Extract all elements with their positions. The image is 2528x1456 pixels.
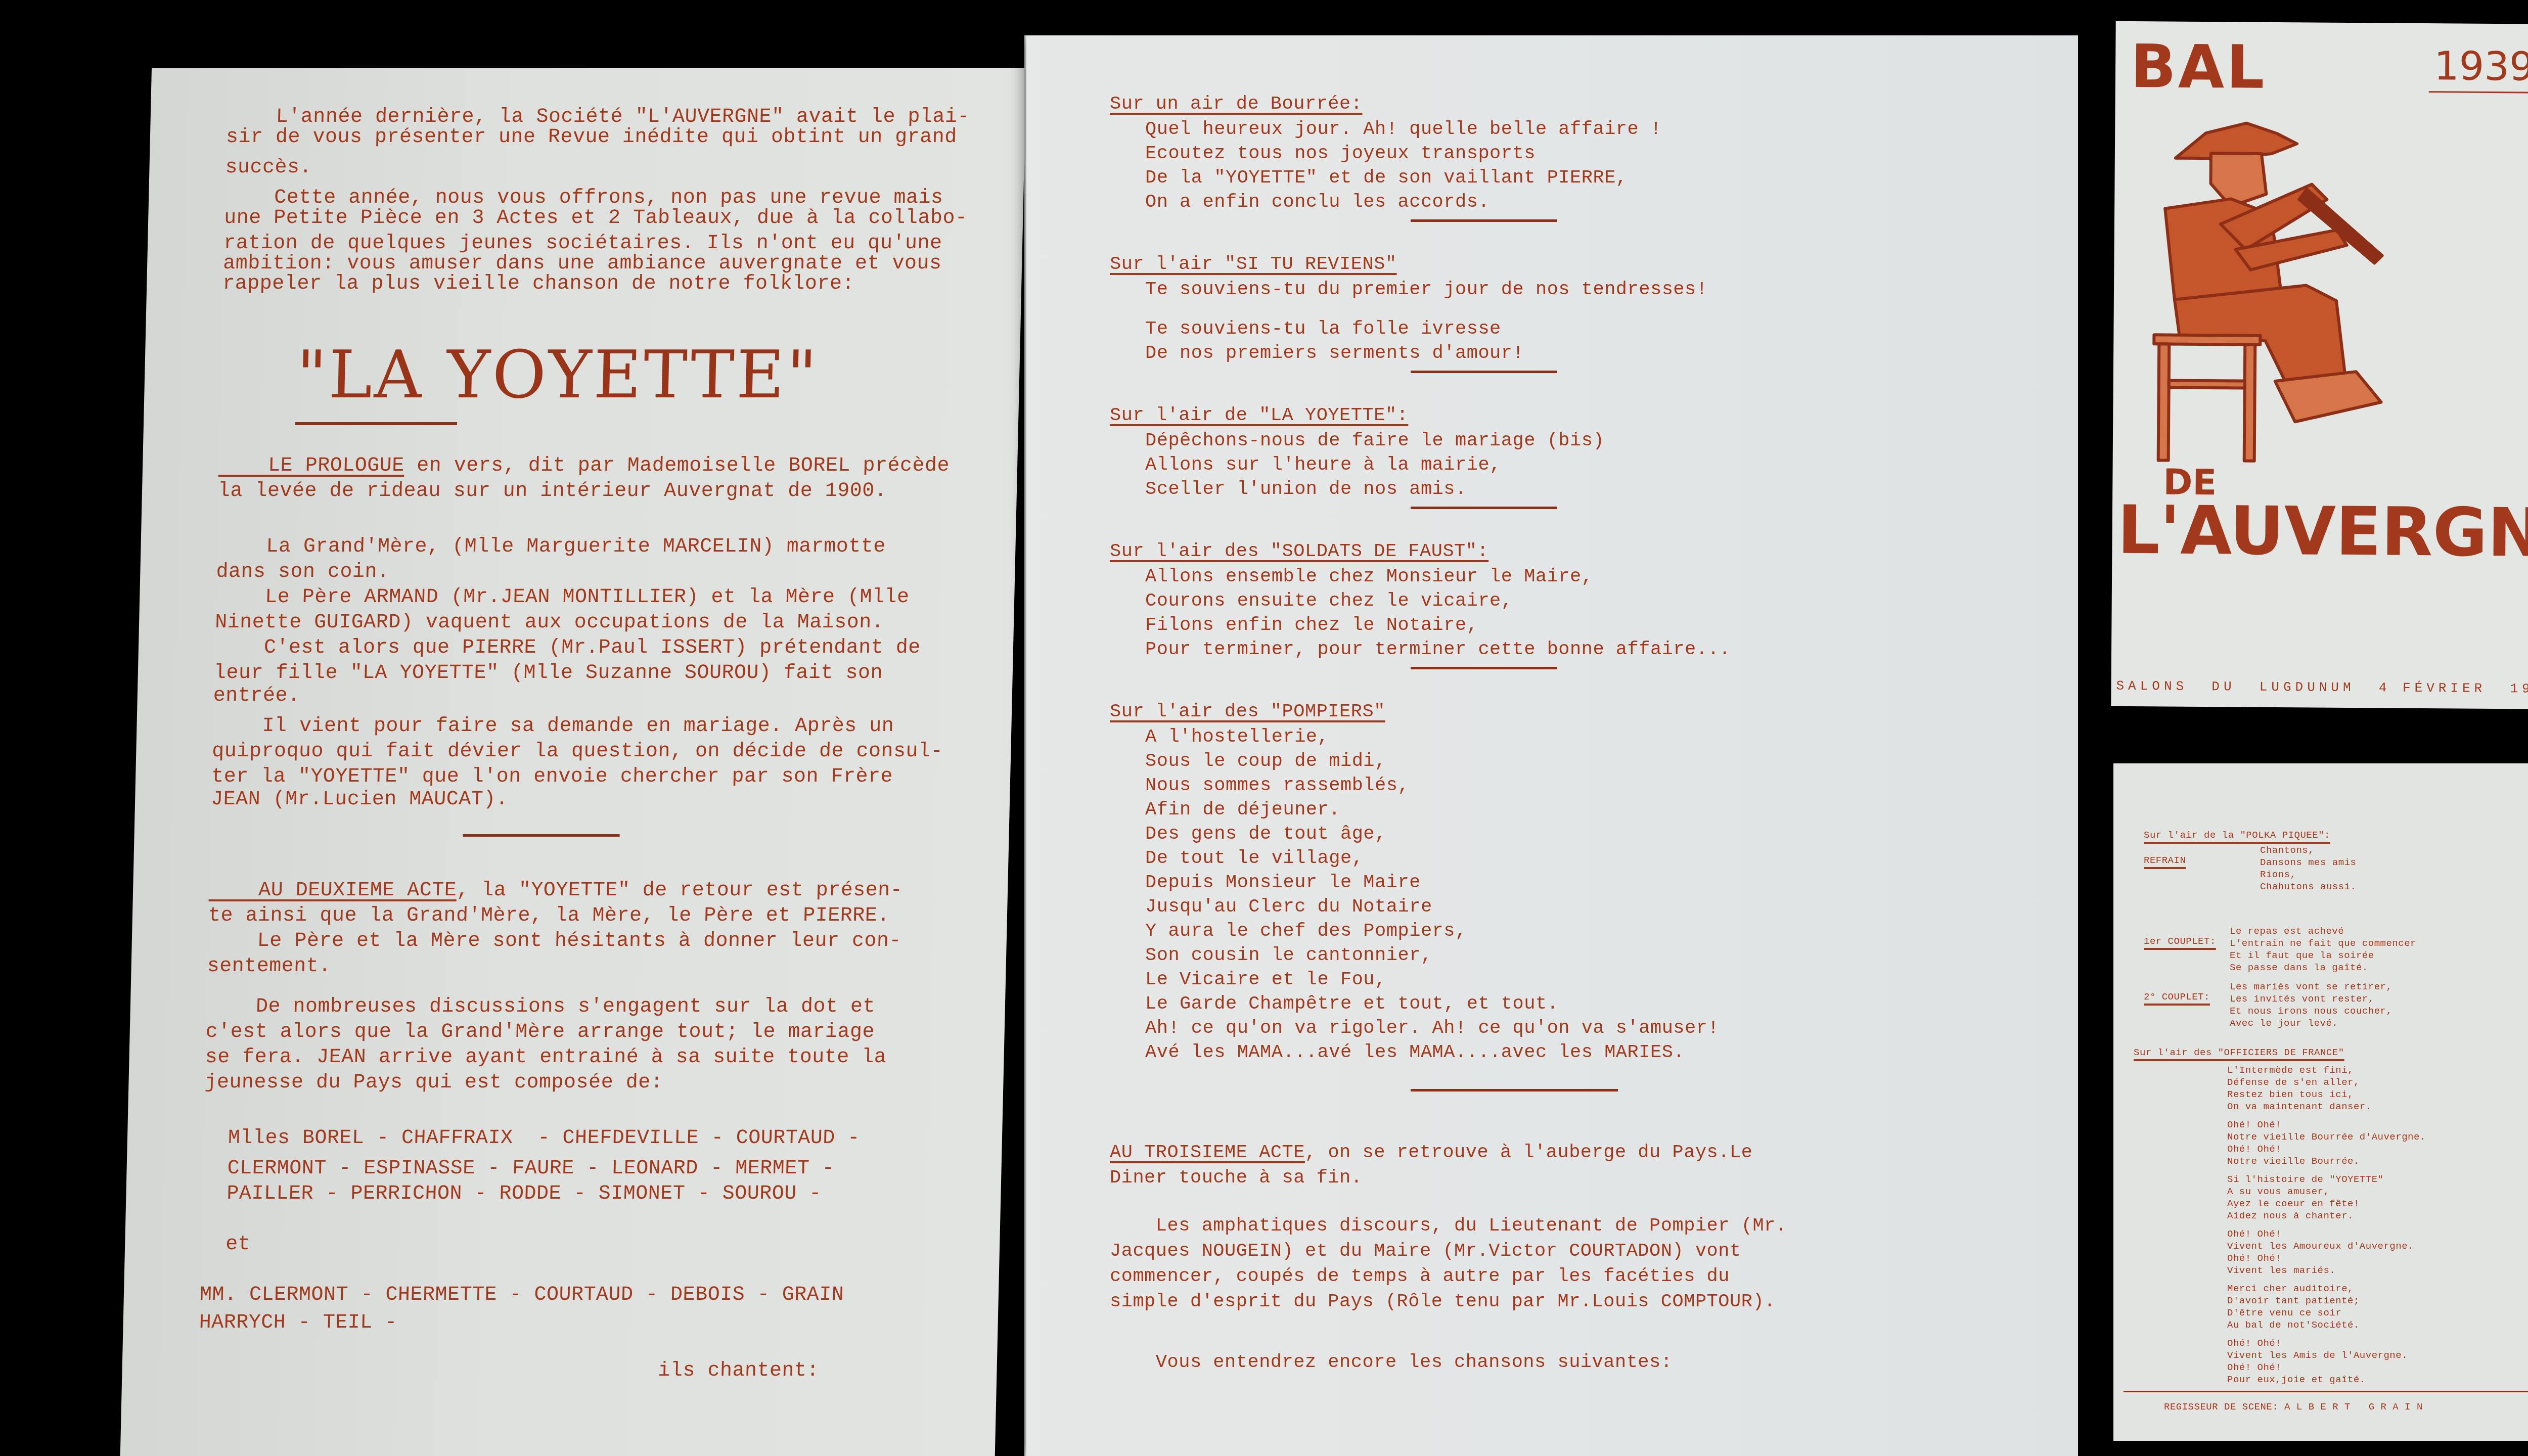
- song-line: Le Vicaire et le Fou,: [1145, 967, 1386, 993]
- speech-line: simple d'esprit du Pays (Rôle tenu par M…: [1110, 1289, 1776, 1315]
- song-line: Filons enfin chez le Notaire,: [1145, 612, 1478, 639]
- song-heading: Sur l'air de "LA YOYETTE":: [1110, 402, 1408, 429]
- left-page: L'année dernière, la Société "L'AUVERGNE…: [120, 68, 1026, 1456]
- song-line: De nos premiers serments d'amour!: [1145, 340, 1524, 367]
- act3-line: Diner touche à sa fin.: [1110, 1165, 1362, 1191]
- refrain-label: REFRAIN: [2144, 854, 2186, 867]
- act2-line: Le Père et la Mère sont hésitants à donn…: [207, 928, 901, 955]
- act1-line: leur fille "LA YOYETTE" (Mlle Suzanne SO…: [213, 660, 883, 687]
- song-heading: Sur l'air des "POMPIERS": [1110, 699, 1385, 725]
- bottom-rule: [2124, 1391, 2528, 1392]
- officiers-line: Ayez le coeur en fête!: [2227, 1198, 2360, 1210]
- couplet1-line: Et il faut que la soirée: [2230, 949, 2374, 962]
- officiers-line: On va maintenant danser.: [2227, 1101, 2372, 1113]
- act1-line: La Grand'Mère, (Mlle Marguerite MARCELIN…: [216, 533, 886, 561]
- cast-et: et: [201, 1231, 251, 1258]
- act2-line: c'est alors que la Grand'Mère arrange to…: [205, 1019, 875, 1046]
- officiers-line: D'avoir tant patienté;: [2227, 1295, 2360, 1307]
- officiers-line: Vivent les Amis de l'Auvergne.: [2227, 1349, 2408, 1362]
- closing-line: Vous entendrez encore les chansons suiva…: [1110, 1349, 1672, 1376]
- cast-mlles-line: PAILLER - PERRICHON - RODDE - SIMONET - …: [202, 1180, 822, 1208]
- act3-text: , on se retrouve à l'auberge du Pays.Le: [1305, 1142, 1752, 1163]
- act2-heading: AU DEUXIEME ACTE: [209, 879, 457, 902]
- officiers-line: Restez bien tous ici,: [2227, 1088, 2354, 1101]
- divider: [1411, 667, 1557, 669]
- intro-line: rappeler la plus vieille chanson de notr…: [222, 270, 855, 298]
- couplet2-line: Avec le jour levé.: [2230, 1017, 2338, 1030]
- song-line: Te souviens-tu la folle ivresse: [1145, 316, 1501, 342]
- intro-line: sir de vous présenter une Revue inédite …: [225, 124, 957, 151]
- closing-line: ils chantent:: [658, 1357, 820, 1385]
- refrain-line: Chahutons aussi.: [2260, 881, 2356, 893]
- cover-year: 1939: [2429, 43, 2528, 94]
- act2: AU DEUXIEME ACTE, la "YOYETTE" de retour…: [208, 877, 902, 904]
- polka-heading: Sur l'air de la "POLKA PIQUEE":: [2144, 829, 2330, 842]
- intro-line: une Petite Pièce en 3 Actes et 2 Tableau…: [224, 205, 968, 232]
- song-line: De la "YOYETTE" et de son vaillant PIERR…: [1145, 165, 1628, 191]
- cast-mlles-line: CLERMONT - ESPINASSE - FAURE - LEONARD -…: [202, 1155, 835, 1182]
- officiers-line: Ohé! Ohé!: [2227, 1252, 2281, 1265]
- divider: [1411, 1089, 1618, 1091]
- act1-line: entrée.: [213, 682, 300, 710]
- speech-line: Jacques NOUGEIN) et du Maire (Mr.Victor …: [1110, 1238, 1741, 1264]
- officiers-line: L'Intermède est fini,: [2227, 1064, 2354, 1077]
- officiers-line: Ohé! Ohé!: [2227, 1337, 2281, 1350]
- song-line: A l'hostellerie,: [1145, 724, 1329, 750]
- song-line: Des gens de tout âge,: [1145, 821, 1386, 847]
- title-underline: [295, 422, 457, 425]
- officiers-line: Au bal de not'Société.: [2227, 1319, 2360, 1332]
- couplet2-label: 2° COUPLET:: [2144, 991, 2210, 1004]
- cast-mm-line: HARRYCH - TEIL -: [199, 1309, 397, 1337]
- officiers-line: Merci cher auditoire,: [2227, 1283, 2354, 1295]
- couplet1-label: 1er COUPLET:: [2144, 935, 2216, 948]
- song-heading: Sur l'air "SI TU REVIENS": [1110, 251, 1397, 278]
- song-line: Y aura le chef des Pompiers,: [1145, 918, 1467, 944]
- officiers-line: Ohé! Ohé!: [2227, 1361, 2281, 1374]
- song-line: On a enfin conclu les accords.: [1145, 189, 1489, 215]
- act1-line: Ninette GUIGARD) vaquent aux occupations…: [214, 609, 884, 636]
- divider: [1411, 371, 1557, 373]
- song-line: Afin de déjeuner.: [1145, 797, 1340, 823]
- divider: [1411, 219, 1557, 222]
- act2-line: jeunesse du Pays qui est composée de:: [204, 1069, 663, 1097]
- officiers-line: Si l'histoire de "YOYETTE": [2227, 1173, 2383, 1186]
- officiers-line: Vivent les Amoureux d'Auvergne.: [2227, 1240, 2414, 1253]
- song-line: Quel heureux jour. Ah! quelle belle affa…: [1145, 116, 1662, 143]
- song-heading: Sur l'air des "SOLDATS DE FAUST":: [1110, 538, 1488, 565]
- couplet1-line: Le repas est achevé: [2230, 925, 2344, 938]
- officiers-line: Défense de s'en aller,: [2227, 1076, 2360, 1089]
- song-line: Te souviens-tu du premier jour de nos te…: [1145, 277, 1707, 303]
- officiers-line: Ohé! Ohé!: [2227, 1143, 2281, 1156]
- officiers-line: Pour eux,joie et gaîté.: [2227, 1374, 2366, 1386]
- couplet2-line: Les invités vont rester,: [2230, 993, 2374, 1006]
- song-line: Pour terminer, pour terminer cette bonne…: [1145, 636, 1731, 663]
- song-line: Avé les MAMA...avé les MAMA....avec les …: [1145, 1039, 1685, 1066]
- cover-page: BAL 1939 DE L'AUVERGNE SALONS DU LUGDUNU…: [2111, 21, 2528, 709]
- prologue: LE PROLOGUE en vers, dit par Mademoisell…: [218, 452, 950, 480]
- song-line: Courons ensuite chez le vicaire,: [1145, 588, 1513, 614]
- song-line: De tout le village,: [1145, 845, 1363, 872]
- act1-line: Le Père ARMAND (Mr.JEAN MONTILLIER) et l…: [215, 584, 910, 611]
- officiers-line: Vivent les mariés.: [2227, 1264, 2335, 1277]
- back-page: Sur l'air de la "POLKA PIQUEE":REFRAINCh…: [2113, 763, 2528, 1441]
- divider: [463, 834, 620, 837]
- intro-line: succès.: [225, 154, 312, 181]
- prologue-text: en vers, dit par Mademoiselle BOREL préc…: [404, 454, 950, 477]
- song-line: Nous sommes rassemblés,: [1145, 772, 1409, 799]
- couplet1-line: L'entrain ne fait que commencer: [2230, 937, 2416, 950]
- act2-line: sentement.: [207, 953, 331, 980]
- song-line: Son cousin le cantonnier,: [1145, 942, 1432, 969]
- song-line: Allons sur l'heure à la mairie,: [1145, 452, 1501, 478]
- act1-line: dans son coin.: [216, 559, 390, 586]
- prologue-line: la levée de rideau sur un intérieur Auve…: [217, 478, 887, 505]
- speech-line: commencer, coupés de temps à autre par l…: [1110, 1263, 1730, 1290]
- officiers-line: Notre vieille Bourrée.: [2227, 1155, 2360, 1168]
- officiers-line: D'être venu ce soir: [2227, 1307, 2341, 1319]
- play-title: "LA YOYETTE": [296, 336, 820, 413]
- act3: AU TROISIEME ACTE, on se retrouve à l'au…: [1110, 1140, 1752, 1166]
- song-line: Jusqu'au Clerc du Notaire: [1145, 894, 1432, 920]
- song-line: Depuis Monsieur le Maire: [1145, 870, 1421, 896]
- officiers-line: Ohé! Ohé!: [2227, 1228, 2281, 1241]
- act1-line: Il vient pour faire sa demande en mariag…: [212, 713, 894, 740]
- refrain-line: Rions,: [2260, 869, 2296, 881]
- song-line: Le Garde Champêtre et tout, et tout.: [1145, 991, 1558, 1017]
- couplet1-line: Se passe dans la gaîté.: [2230, 962, 2368, 974]
- seated-musician-illustration: [2143, 97, 2429, 468]
- act3-heading: AU TROISIEME ACTE: [1110, 1142, 1305, 1163]
- song-line: Sous le coup de midi,: [1145, 748, 1386, 775]
- cover-word-bal: BAL: [2131, 31, 2267, 102]
- cast-mlles-line: Mlles BOREL - CHAFFRAIX - CHEFDEVILLE - …: [203, 1125, 860, 1152]
- song-heading: Sur un air de Bourrée:: [1110, 91, 1362, 117]
- officiers-line: Notre vieille Bourrée d'Auvergne.: [2227, 1131, 2426, 1144]
- song-line: Dépêchons-nous de faire le mariage (bis): [1145, 428, 1604, 454]
- speech-line: Les amphatiques discours, du Lieutenant …: [1110, 1213, 1787, 1239]
- act2-line: te ainsi que la Grand'Mère, la Mère, le …: [208, 902, 890, 930]
- act1-line: quiproquo qui fait dévier la question, o…: [212, 738, 943, 765]
- act2-line: se fera. JEAN arrive ayant entrainé à sa…: [205, 1044, 887, 1071]
- act1-line: JEAN (Mr.Lucien MAUCAT).: [211, 786, 509, 813]
- regisseur-credit: REGISSEUR DE SCENE: A L B E R T G R A I …: [2164, 1401, 2423, 1414]
- act2-line: De nombreuses discussions s'engagent sur…: [206, 993, 875, 1021]
- couplet2-line: Les mariés vont se retirer,: [2230, 981, 2392, 993]
- couplet2-line: Et nous irons nous coucher,: [2230, 1005, 2392, 1018]
- cover-footer: SALONS DU LUGDUNUM 4 FÉVRIER 1939: [2116, 678, 2528, 697]
- cover-word-auvergne: L'AUVERGNE: [2117, 491, 2528, 573]
- right-page: Sur un air de Bourrée:Quel heureux jour.…: [1026, 35, 2078, 1456]
- officiers-line: Aidez nous à chanter.: [2227, 1210, 2354, 1222]
- song-line: Allons ensemble chez Monsieur le Maire,: [1145, 564, 1593, 590]
- refrain-line: Chantons,: [2260, 844, 2314, 857]
- cast-mm-line: MM. CLERMONT - CHERMETTE - COURTAUD - DE…: [199, 1282, 844, 1309]
- song-line: Sceller l'union de nos amis.: [1145, 476, 1467, 503]
- song-line: Ah! ce qu'on va rigoler. Ah! ce qu'on va…: [1145, 1015, 1719, 1041]
- refrain-line: Dansons mes amis: [2260, 856, 2356, 869]
- act1-line: C'est alors que PIERRE (Mr.Paul ISSERT) …: [214, 634, 921, 662]
- officiers-line: Ohé! Ohé!: [2227, 1119, 2281, 1131]
- act2-text: , la "YOYETTE" de retour est présen-: [457, 879, 903, 902]
- divider: [1411, 507, 1557, 509]
- prologue-heading: LE PROLOGUE: [218, 454, 405, 477]
- officiers-line: A su vous amuser,: [2227, 1186, 2329, 1198]
- song-line: Ecoutez tous nos joyeux transports: [1145, 141, 1536, 167]
- officiers-heading: Sur l'air des "OFFICIERS DE FRANCE": [2134, 1046, 2344, 1059]
